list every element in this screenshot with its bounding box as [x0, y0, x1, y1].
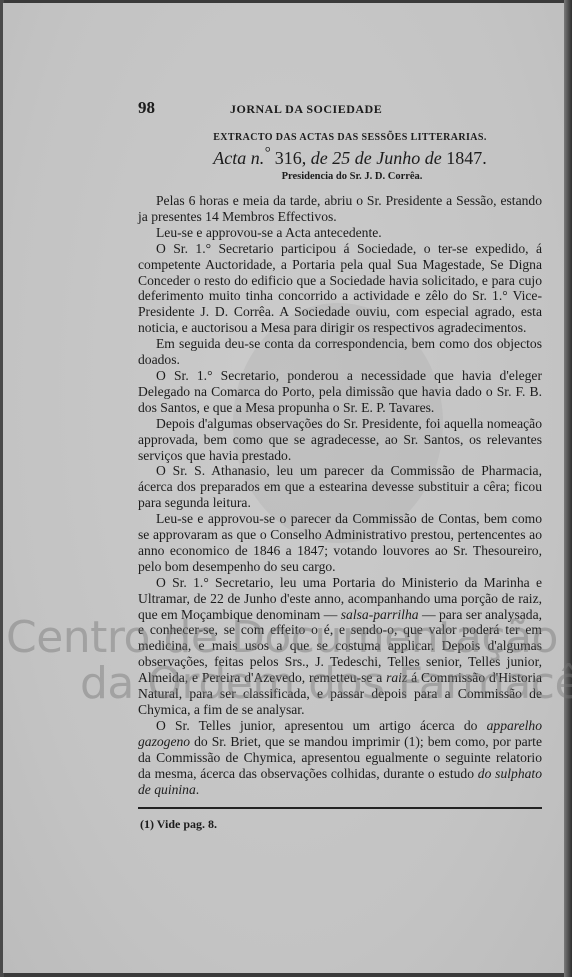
page-number: 98	[138, 98, 155, 118]
italic-term: raiz	[386, 670, 407, 685]
paragraph-salsaparrilha: O Sr. 1.° Secretario, leu uma Portaria d…	[138, 575, 542, 718]
scan-right-edge	[564, 0, 572, 977]
acta-prefix: Acta n.	[213, 148, 264, 168]
paragraph-telles-junior: O Sr. Telles junior, apresentou um artig…	[138, 718, 542, 798]
paragraph: Leu-se e approvou-se a Acta antecedente.	[138, 225, 542, 241]
paragraph: Em seguida deu-se conta da correspondenc…	[138, 336, 542, 368]
text-run: .	[196, 782, 199, 797]
text-run: O Sr. Telles junior, apresentou um artig…	[156, 718, 487, 733]
running-head: 98 JORNAL DA SOCIEDADE	[138, 98, 542, 120]
paragraph: Pelas 6 horas e meia da tarde, abriu o S…	[138, 193, 542, 225]
footnote-rule	[138, 807, 542, 809]
paragraph: O Sr. S. Athanasio, leu um parecer da Co…	[138, 463, 542, 511]
paragraph: Leu-se e approvou-se o parecer da Commis…	[138, 511, 542, 575]
acta-date: de 25 de Junho de	[311, 148, 442, 168]
paragraph: O Sr. 1.° Secretario, ponderou a necessi…	[138, 368, 542, 416]
presidency-line: Presidencia do Sr. J. D. Corrêa.	[138, 171, 542, 182]
acta-year: 1847.	[446, 148, 487, 168]
italic-term: salsa-parrilha	[341, 607, 419, 622]
minutes-body: Pelas 6 horas e meia da tarde, abriu o S…	[138, 193, 542, 797]
acta-degree: °	[264, 145, 270, 161]
journal-title: JORNAL DA SOCIEDADE	[230, 102, 382, 117]
footnote: (1) Vide pag. 8.	[138, 817, 542, 832]
acta-title: Acta n.° 316, de 25 de Junho de 1847.	[138, 145, 542, 169]
acta-number: 316,	[275, 148, 307, 168]
page-content: 98 JORNAL DA SOCIEDADE EXTRACTO DAS ACTA…	[138, 98, 542, 832]
paragraph: Depois d'algumas observações do Sr. Pres…	[138, 416, 542, 464]
paragraph: O Sr. 1.° Secretario participou á Socied…	[138, 241, 542, 336]
section-title: EXTRACTO DAS ACTAS DAS SESSÕES LITTERARI…	[138, 132, 542, 143]
